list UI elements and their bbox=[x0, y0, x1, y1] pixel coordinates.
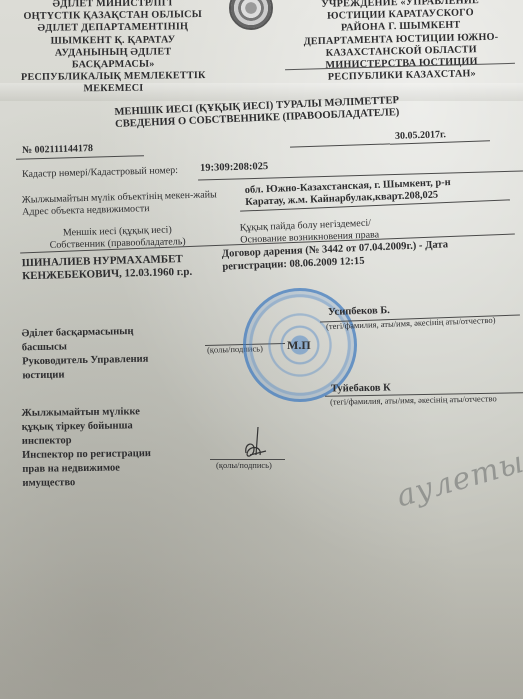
title-line: Әділет басқармасының bbox=[21, 325, 147, 342]
inspector-signature-caption: (қолы/подпись) bbox=[216, 460, 272, 470]
stamp-label: М.П bbox=[287, 338, 311, 353]
inspector-name-caption: (тегі/фамилия, аты/имя, әкесінің аты/отч… bbox=[330, 393, 497, 406]
date-underline-left bbox=[290, 143, 390, 147]
cadastral-number: 19:309:208:025 bbox=[200, 161, 269, 174]
head-of-justice-title: Әділет басқармасының басшысы Руководител… bbox=[21, 325, 148, 384]
state-emblem-icon bbox=[229, 0, 273, 30]
header-right-ru: УЧРЕЖДЕНИЕ «УПРАВЛЕНИЕ ЮСТИЦИИ КАРАТАУСК… bbox=[291, 0, 511, 85]
header-left-kz: ӘДІЛЕТ МИНИСТРЛІГІ ОҢТҮСТІК ҚАЗАҚСТАН ОБ… bbox=[3, 0, 222, 97]
doc-number-underline bbox=[16, 155, 144, 160]
address-label: Жылжымайтын мүлік объектінің мекен-жайы … bbox=[22, 189, 218, 218]
document-number: № 002111144178 bbox=[22, 143, 93, 156]
title-line: Руководитель Управления bbox=[22, 353, 148, 370]
title-line: Инспектор по регистрации bbox=[22, 447, 151, 463]
issue-date: 30.05.2017г. bbox=[395, 129, 446, 142]
title-line: құқық тіркеу бойынша bbox=[22, 419, 151, 435]
cadastral-label: Кадастр нөмері/Кадастровый номер: bbox=[22, 165, 178, 181]
title-line: юстиции bbox=[22, 367, 148, 384]
property-address: обл. Южно-Казахстанская, г. Шымкент, р-н… bbox=[245, 177, 452, 209]
inspector-name: Туйебаков К bbox=[331, 382, 391, 394]
page-shadow bbox=[0, 560, 523, 699]
owner-name: ШИНАЛИЕВ НУРМАХАМБЕТ КЕНЖЕБЕКОВИЧ, 12.03… bbox=[22, 253, 193, 283]
handwritten-note: аулеты bbox=[393, 445, 523, 515]
inspector-title: Жылжымайтын мүлікке құқық тіркеу бойынша… bbox=[21, 405, 151, 491]
title-line: имущество bbox=[22, 475, 151, 491]
head-name: Усипбеков Б. bbox=[328, 305, 390, 318]
header-line: МЕКЕМЕСІ bbox=[4, 82, 222, 96]
